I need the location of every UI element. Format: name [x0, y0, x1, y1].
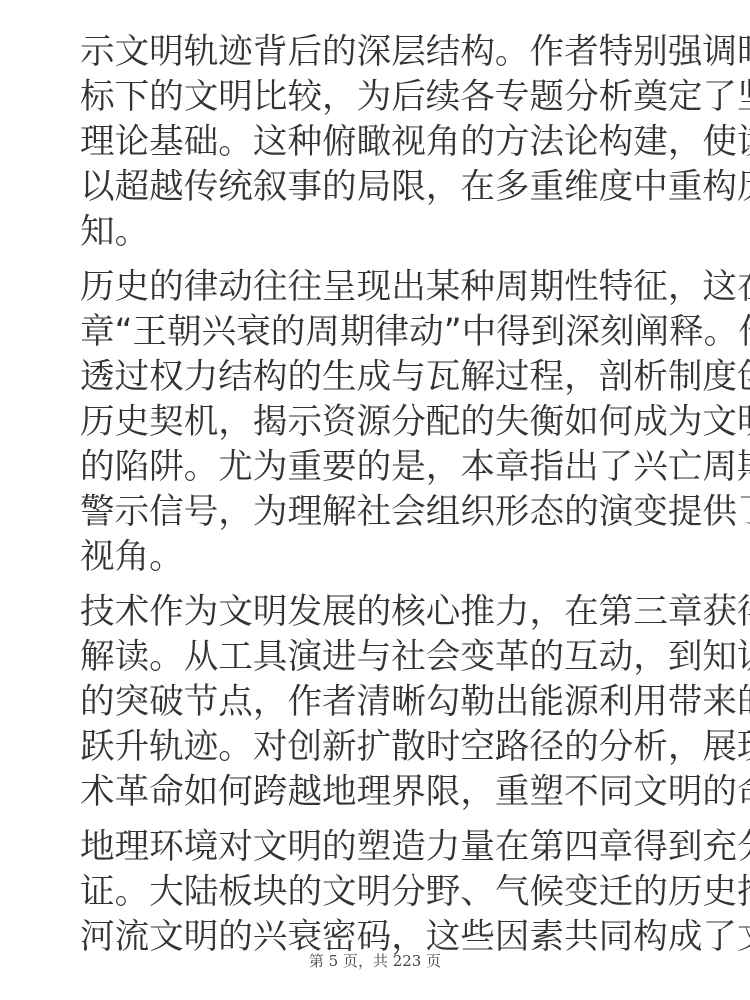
paragraph-1: 示文明轨迹背后的深层结构。作者特别强调时空坐 标下的文明比较，为后续各专题分析奠…: [80, 30, 672, 255]
text-line: 章“王朝兴衰的周期律动”中得到深刻阐释。作者: [80, 310, 672, 355]
text-line: 的陷阱。尤为重要的是，本章指出了兴亡周期中的: [80, 445, 672, 490]
text-line: 技术作为文明发展的核心推力，在第三章获得全新: [80, 590, 672, 635]
text-line: 历史的律动往往呈现出某种周期性特征，这在第二: [80, 265, 672, 310]
paragraph-4: 地理环境对文明的塑造力量在第四章得到充分论 证。大陆板块的文明分野、气候变迁的历…: [80, 825, 672, 960]
paragraph-3: 技术作为文明发展的核心推力，在第三章获得全新 解读。从工具演进与社会变革的互动，…: [80, 590, 672, 815]
text-line: 的突破节点，作者清晰勾勒出能源利用带来的文明: [80, 680, 672, 725]
text-line: 历史契机，揭示资源分配的失衡如何成为文明衰落: [80, 400, 672, 445]
text-line: 标下的文明比较，为后续各专题分析奠定了坚实的: [80, 75, 672, 120]
paragraph-2: 历史的律动往往呈现出某种周期性特征，这在第二 章“王朝兴衰的周期律动”中得到深刻…: [80, 265, 672, 580]
text-line: 地理环境对文明的塑造力量在第四章得到充分论: [80, 825, 672, 870]
document-body: 示文明轨迹背后的深层结构。作者特别强调时空坐 标下的文明比较，为后续各专题分析奠…: [80, 30, 672, 970]
text-line: 示文明轨迹背后的深层结构。作者特别强调时空坐: [80, 30, 672, 75]
text-line: 证。大陆板块的文明分野、气候变迁的历史推手、: [80, 870, 672, 915]
page-number-footer: 第 5 页，共 223 页: [0, 950, 750, 971]
text-line: 解读。从工具演进与社会变革的互动，到知识积累: [80, 635, 672, 680]
text-line: 以超越传统叙事的局限，在多重维度中重构历史认: [80, 165, 672, 210]
text-line: 跃升轨迹。对创新扩散时空路径的分析，展现了技: [80, 725, 672, 770]
text-line: 术革命如何跨越地理界限，重塑不同文明的命运。: [80, 770, 672, 815]
text-line: 警示信号，为理解社会组织形态的演变提供了关键: [80, 490, 672, 535]
text-line: 透过权力结构的生成与瓦解过程，剖析制度创新的: [80, 355, 672, 400]
text-line: 知。: [80, 210, 672, 255]
text-line: 理论基础。这种俯瞰视角的方法论构建，使读者得: [80, 120, 672, 165]
text-line: 视角。: [80, 535, 672, 580]
